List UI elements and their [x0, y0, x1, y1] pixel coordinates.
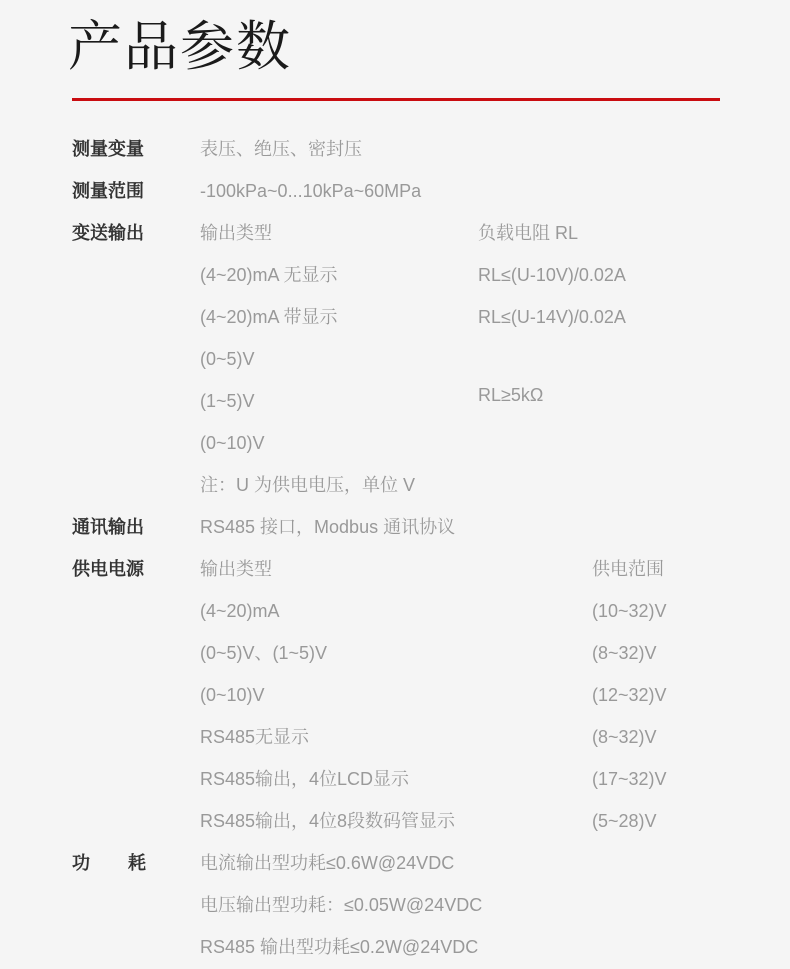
spec-row: 注：U 为供电电压，单位 V	[0, 464, 790, 506]
spec-cell-col1: 输出类型	[200, 224, 478, 242]
spec-row: 测量范围-100kPa~0...10kPa~60MPa	[0, 170, 790, 212]
spec-row-label: 供电电源	[72, 560, 200, 578]
spec-cell-col1: 表压、绝压、密封压	[200, 140, 478, 158]
spec-cell-col1: (0~5)V、(1~5)V	[200, 644, 478, 662]
spec-cell-col3: (12~32)V	[592, 686, 790, 704]
spec-cell-col1: RS485无显示	[200, 728, 478, 746]
spec-cell-col1: 电压输出型功耗：≤0.05W@24VDC	[200, 896, 478, 914]
spec-cell-col2: RL≥5kΩ	[478, 386, 592, 404]
spec-row: (4~20)mA(10~32)V	[0, 590, 790, 632]
spec-cell-col1: (4~20)mA 无显示	[200, 266, 478, 284]
spec-row: 通讯输出RS485 接口，Modbus 通讯协议	[0, 506, 790, 548]
spec-cell-col1: (4~20)mA	[200, 602, 478, 620]
spec-cell-col1: (0~5)V	[200, 350, 478, 368]
spec-cell-col3: (5~28)V	[592, 812, 790, 830]
spec-row: (4~20)mA 无显示RL≤(U-10V)/0.02A	[0, 254, 790, 296]
spec-cell-col1: -100kPa~0...10kPa~60MPa	[200, 182, 478, 200]
spec-row: (4~20)mA 带显示RL≤(U-14V)/0.02A	[0, 296, 790, 338]
spec-cell-col1: RS485 接口，Modbus 通讯协议	[200, 518, 478, 536]
spec-cell-col1: RS485 输出型功耗≤0.2W@24VDC	[200, 938, 478, 956]
spec-cell-col1: 输出类型	[200, 560, 478, 578]
spec-cell-col1: (4~20)mA 带显示	[200, 308, 478, 326]
spec-cell-col3: (17~32)V	[592, 770, 790, 788]
spec-row: RS485无显示(8~32)V	[0, 716, 790, 758]
spec-row: 供电电源输出类型供电范围	[0, 548, 790, 590]
product-parameters-page: 产品参数 测量变量表压、绝压、密封压测量范围-100kPa~0...10kPa~…	[0, 0, 790, 969]
spec-row-label: 功耗	[72, 854, 200, 872]
spec-cell-col1: (0~10)V	[200, 434, 478, 452]
spec-table: 测量变量表压、绝压、密封压测量范围-100kPa~0...10kPa~60MPa…	[0, 128, 790, 968]
spec-cell-col2: RL≤(U-10V)/0.02A	[478, 266, 592, 284]
spec-row: (0~10)V(12~32)V	[0, 674, 790, 716]
spec-cell-col1: 注：U 为供电电压，单位 V	[200, 476, 478, 494]
spec-row-label: 通讯输出	[72, 518, 200, 536]
spec-row: RS485输出，4位LCD显示(17~32)V	[0, 758, 790, 800]
spec-row: 测量变量表压、绝压、密封压	[0, 128, 790, 170]
spec-cell-col3: (10~32)V	[592, 602, 790, 620]
spec-row: (1~5)VRL≥5kΩ	[0, 380, 790, 422]
spec-row-label: 测量范围	[72, 182, 200, 200]
spec-cell-col3: 供电范围	[592, 560, 790, 578]
spec-row: RS485输出，4位8段数码管显示(5~28)V	[0, 800, 790, 842]
spec-cell-col1: RS485输出，4位LCD显示	[200, 770, 478, 788]
spec-row: (0~5)V	[0, 338, 790, 380]
spec-cell-col2: 负载电阻 RL	[478, 224, 592, 242]
page-title: 产品参数	[68, 4, 292, 81]
spec-row: (0~5)V、(1~5)V(8~32)V	[0, 632, 790, 674]
spec-row-label: 测量变量	[72, 140, 200, 158]
spec-row: 功耗电流输出型功耗≤0.6W@24VDC	[0, 842, 790, 884]
spec-row: (0~10)V	[0, 422, 790, 464]
spec-cell-col1: 电流输出型功耗≤0.6W@24VDC	[200, 854, 478, 872]
spec-row: 电压输出型功耗：≤0.05W@24VDC	[0, 884, 790, 926]
spec-cell-col1: (0~10)V	[200, 686, 478, 704]
spec-cell-col3: (8~32)V	[592, 728, 790, 746]
spec-cell-col1: (1~5)V	[200, 392, 478, 410]
spec-cell-col3: (8~32)V	[592, 644, 790, 662]
spec-row: 变送输出输出类型负载电阻 RL	[0, 212, 790, 254]
spec-row-label: 变送输出	[72, 224, 200, 242]
spec-cell-col2: RL≤(U-14V)/0.02A	[478, 308, 592, 326]
red-divider-line	[72, 98, 720, 101]
spec-row: RS485 输出型功耗≤0.2W@24VDC	[0, 926, 790, 968]
spec-cell-col1: RS485输出，4位8段数码管显示	[200, 812, 478, 830]
